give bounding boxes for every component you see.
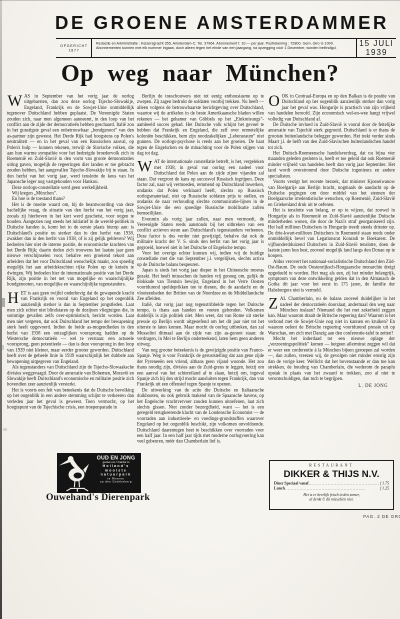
body-paragraph: Aldus verovert het nationaal-socialistis… (268, 259, 395, 293)
issue-date-box: 15 JULI 1939 (356, 39, 396, 57)
dotted-leader (285, 486, 379, 491)
restaurant-item-price: f 1.25 (379, 486, 389, 491)
drop-cap: Z (268, 297, 280, 311)
drop-cap: O (268, 94, 282, 108)
body-paragraph: Evenmin als vorig jaar zullen, naar men … (137, 217, 264, 251)
zoo-ad-park-name: Ouwehand's Dierenpark (38, 493, 158, 503)
drop-cap: H (7, 291, 21, 305)
restaurant-advertisement: RESTAURANT DIKKER & THIJS N.V. Diner Spe… (269, 460, 394, 510)
zoo-advertisement: OUD EN JONGgeniet om 't hardst inHolland… (57, 453, 141, 493)
restaurant-tagline-line2: al denkt U dit misschien niet. (274, 497, 389, 501)
body-paragraph: Het is tenslotte van belang, er op te wi… (268, 208, 395, 259)
zoo-ad-line: op den Grebbeberg (92, 481, 140, 484)
zoo-ad-lines: OUD EN JONGgeniet om 't hardst inHolland… (92, 455, 140, 484)
body-paragraph: Als tegenstanders van Duitschland zijn d… (7, 365, 134, 388)
body-paragraph: HET is aan geen twijfel onderhevig dat d… (7, 291, 134, 365)
founded-line1: OPGERICHT (56, 44, 91, 48)
body-column-3-text: OOK in Centraal-Europa en op den Balkan … (268, 94, 395, 389)
page-footer: PAG. 2 DE GROENE No. 3241 (0, 514, 400, 522)
restaurant-price-rows-wrap: Diner Speciaal vanaff 1.75Lunchf 1.25 (274, 480, 389, 492)
admin-text: Redactie en Administratie : Keizersgrach… (96, 41, 356, 50)
scan-edge-left (0, 0, 2, 619)
founded-box: OPGERICHT 1877 (56, 39, 92, 57)
body-paragraph: WAT de internationale constellatie betre… (137, 160, 264, 217)
body-paragraph: Italië, dat vorig jaar nog tegenstribbel… (137, 302, 264, 348)
restaurant-name: DIKKER & THIJS N.V. (274, 469, 389, 480)
admin-line2: Abonnementen kunnen met elk nummer ingaa… (96, 46, 356, 51)
scan-artifact (2, 345, 4, 350)
restaurant-tagline: Het is er heerlijk frisch in den zomer, … (274, 493, 389, 502)
body-paragraph: De Duitsche invloed in Zuid-Slavië is vo… (268, 123, 395, 152)
page-footer-text: PAG. 2 DE GROENE No. 3241 (200, 514, 400, 519)
body-paragraph: ZAL Chamberlain, nu de balans zooveel du… (268, 297, 395, 337)
body-paragraph: Mocht het inderdaad tot een nieuwe oplag… (268, 337, 395, 383)
body-column-2-text: Berlijn de toeschouwers niet tot eenig e… (137, 94, 264, 445)
body-paragraph: Voorts vestigt het recente bezoek, dat m… (268, 180, 395, 209)
drop-cap: W (137, 160, 154, 174)
pelican-icon (57, 453, 91, 493)
masthead-info-bar: OPGERICHT 1877 Redactie en Administratie… (56, 38, 396, 58)
restaurant-price-rows: Diner Speciaal vanaff 1.75Lunchf 1.25 (274, 481, 389, 491)
restaurant-header: RESTAURANT (274, 463, 389, 468)
body-paragraph: Voor het overige echter kunnen wij, indi… (137, 251, 264, 268)
restaurant-price-row: Lunchf 1.25 (274, 486, 389, 491)
zoo-ad-text: OUD EN JONGgeniet om 't hardst inHolland… (91, 453, 141, 493)
body-column-2: Berlijn de toeschouwers niet tot eenig e… (137, 94, 264, 518)
body-paragraph: Het is voorts een feit van beteekenis da… (7, 388, 134, 411)
body-paragraph: De uitwerking van de actie die Duitsche … (137, 388, 264, 445)
body-paragraph: Japan is sinds het vorig jaar dieper in … (137, 268, 264, 302)
restaurant-tagline-wrap: Het is er heerlijk frisch in den zomer, … (274, 492, 389, 503)
scan-edge-top (0, 0, 400, 1)
body-column-3: OOK in Centraal-Europa en op den Balkan … (268, 94, 395, 456)
founded-text: OPGERICHT 1877 (56, 44, 91, 53)
restaurant-header-wrap: RESTAURANT (274, 463, 389, 469)
author-signature: L. DE JONG (268, 384, 395, 390)
body-paragraph: Het is de moeite waard om, bij de beantw… (7, 202, 134, 288)
body-paragraph: Van nog grooter beteekenis is de gewijzi… (137, 348, 264, 388)
body-column-1: WAS in September van het vorig jaar de o… (7, 94, 134, 450)
body-column-1-text: WAS in September van het vorig jaar de o… (7, 94, 134, 411)
newspaper-page: DE GROENE AMSTERDAMMER OPGERICHT 1877 Re… (0, 0, 400, 619)
body-paragraph: WAS in September van het vorig jaar de o… (7, 94, 134, 185)
restaurant-item-label: Lunch (274, 486, 285, 491)
body-paragraph: Het Duitsch-Roemeensche handelsverdrag, … (268, 151, 395, 180)
drop-cap: W (7, 94, 24, 108)
masthead-title: DE GROENE AMSTERDAMMER (55, 12, 389, 34)
body-paragraph: Berlijn de toeschouwers niet tot eenig e… (137, 94, 264, 157)
founded-line2: 1877 (56, 48, 91, 52)
admin-box: Redactie en Administratie : Keizersgrach… (92, 39, 356, 57)
body-paragraph: OOK in Centraal-Europa en op den Balkan … (268, 94, 395, 123)
article-headline: Op weg naar München? (0, 61, 400, 88)
scan-artifact (2, 298, 5, 307)
issue-date-line2: 1939 (366, 48, 388, 57)
issue-date-line1: 15 JULI (359, 39, 394, 48)
